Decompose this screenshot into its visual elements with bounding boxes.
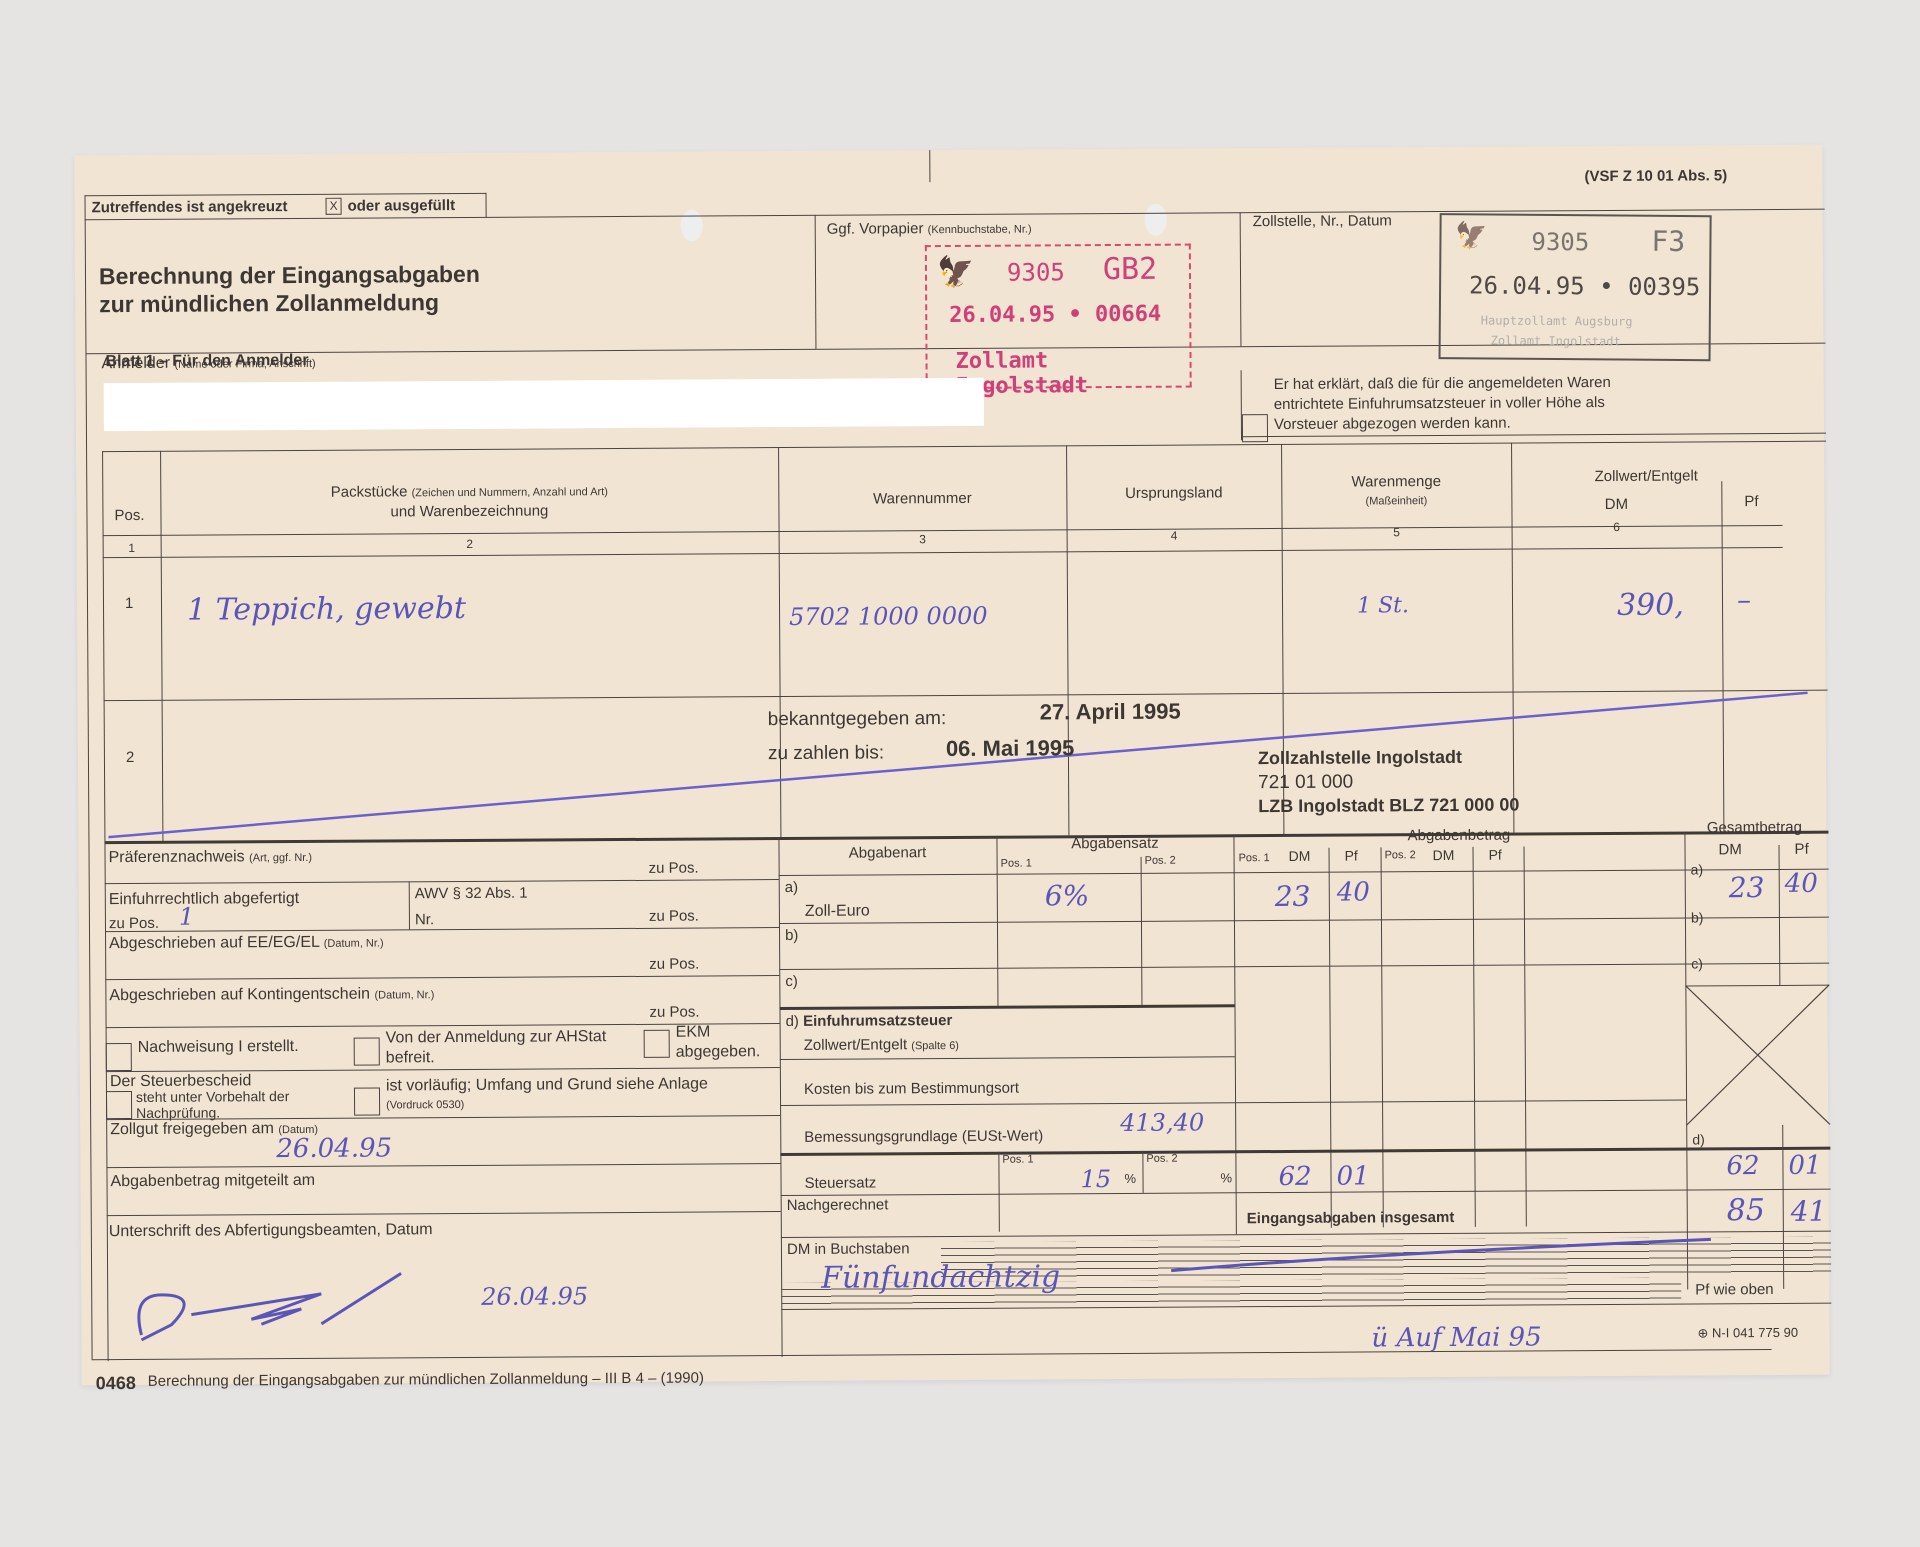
gesamt-key: b) <box>1691 909 1704 925</box>
rule <box>105 879 779 884</box>
header-ursprungsland: Ursprungsland <box>1066 484 1281 502</box>
row-dm: 390, <box>1617 588 1684 623</box>
row-description: 1 Teppich, gewebt <box>187 591 466 628</box>
strike-through-line <box>108 685 1829 846</box>
rule <box>780 1056 1235 1060</box>
stamp-code: F3 <box>1651 225 1685 258</box>
col-line <box>409 881 410 929</box>
printer-code: ⊕ N-I 041 775 90 <box>1697 1325 1798 1342</box>
rule <box>780 1147 1830 1156</box>
percent-sign: % <box>1220 1170 1232 1185</box>
col-number: 4 <box>1067 528 1282 543</box>
form-title-line2: zur mündlichen Zollanmeldung <box>99 289 439 318</box>
anmelder-label: Anmelder (Name oder Firma, Anschrift) <box>101 354 315 373</box>
printer-logo-icon: ⊕ <box>1697 1325 1708 1340</box>
announced-date: 27. April 1995 <box>1040 699 1181 726</box>
buchstaben-label: DM in Buchstaben <box>787 1240 910 1258</box>
rule <box>779 963 1829 970</box>
eust-bemessung-label: Bemessungsgrundlage (EUSt-Wert) <box>804 1127 1043 1145</box>
col-number: 2 <box>161 535 779 553</box>
duty-row-a: a) Zoll-Euro 6% 23 40 a) 23 40 <box>74 145 1822 156</box>
void-line <box>1171 1231 1771 1285</box>
bank-line3: LZB Ingolstadt BLZ 721 000 00 <box>1258 795 1519 818</box>
eust-betrag-pf: 01 <box>1336 1161 1369 1191</box>
rule <box>106 1163 780 1168</box>
ahstat-label-2: befreit. <box>386 1049 435 1067</box>
nachgerechnet-label: Nachgerechnet <box>787 1196 889 1214</box>
row-pos: 1 <box>125 595 133 612</box>
col-line <box>998 1152 999 1232</box>
table-row: 2 <box>74 145 1822 156</box>
stamp-office-name: Zollamt Ingolstadt <box>955 348 1189 399</box>
table-row: 1 1 Teppich, gewebt 5702 1000 0000 1 St.… <box>74 145 1822 156</box>
gesamt-key: a) <box>1691 861 1704 877</box>
kontingent-label: Abgeschrieben auf Kontingentschein (Datu… <box>109 985 434 1005</box>
rule <box>779 917 1829 924</box>
zu-pos-label: zu Pos. <box>649 1004 699 1021</box>
row-menge: 1 St. <box>1357 593 1409 618</box>
announced-label: bekanntgegeben am: <box>768 708 947 731</box>
ekm-label-1: EKM <box>676 1023 711 1041</box>
eust-zollwert-label: Zollwert/Entgelt (Spalte 6) <box>804 1036 959 1054</box>
zu-pos-label: zu Pos. <box>649 908 699 925</box>
insgesamt-label: Eingangsabgaben insgesamt <box>1247 1209 1455 1227</box>
col-line <box>1142 1151 1143 1193</box>
duty-key: c) <box>785 973 798 990</box>
steuersatz-label: Steuersatz <box>805 1174 877 1191</box>
awv-label: AWV § 32 Abs. 1 <box>415 885 528 903</box>
check-hint-box: Zutreffendes ist angekreuzt X oder ausge… <box>85 193 487 220</box>
gesamt-eust-dm: 62 <box>1726 1151 1759 1181</box>
nachweisung-checkbox[interactable] <box>106 1043 132 1071</box>
header-abgabenart: Abgabenart <box>778 844 996 862</box>
rule <box>1242 433 1826 438</box>
header-betrag-pos1: Pos. 1 <box>1239 852 1270 864</box>
left-border <box>85 219 93 1359</box>
col-line <box>1329 848 1332 1228</box>
vorpapier-label: Ggf. Vorpapier (Kennbuchstabe, Nr.) <box>827 220 1032 238</box>
eagle-icon: 🦅 <box>937 255 975 290</box>
gesamt-key-d: d) <box>1692 1131 1705 1147</box>
duty-rate-pos1: 6% <box>1045 879 1090 912</box>
gesamt-key: c) <box>1691 955 1703 971</box>
bank-line1: Zollzahlstelle Ingolstadt <box>1258 747 1462 769</box>
mitgeteilt-label: Abgabenbetrag mitgeteilt am <box>110 1172 315 1191</box>
header-warenmenge-hint: (Maßeinheit) <box>1281 495 1511 508</box>
goods-table-top <box>102 441 1826 453</box>
vorsteuer-text-2: entrichtete Einfuhrumsatzsteuer in volle… <box>1274 394 1605 413</box>
vorlaeufig-checkbox[interactable] <box>354 1088 380 1116</box>
col-number: 3 <box>779 531 1067 547</box>
bank-line2: 721 01 000 <box>1258 772 1353 795</box>
steuersatz-pos2-label: Pos. 2 <box>1146 1153 1177 1165</box>
duty-amount-dm: 23 <box>1275 880 1311 913</box>
einfuhr-label: Einfuhrrechtlich abgefertigt <box>109 890 299 909</box>
unterschrift-label: Unterschrift des Abfertigungsbeamten, Da… <box>109 1221 433 1241</box>
rule <box>107 1211 781 1216</box>
row-pf: – <box>1737 583 1751 616</box>
col-line <box>102 451 105 841</box>
customs-stamp-red: 🦅 9305 GB2 26.04.95 • 00664 Zollamt Ingo… <box>925 244 1192 390</box>
header-betrag-pf2: Pf <box>1489 847 1502 863</box>
pf-wie-oben-label: Pf wie oben <box>1695 1281 1773 1298</box>
duty-key: a) <box>785 879 798 896</box>
rule <box>779 1004 1234 1010</box>
vorbehalt-label-1: steht unter Vorbehalt der <box>136 1088 289 1105</box>
crossed-out-field <box>1685 985 1830 1126</box>
divider <box>1240 212 1242 346</box>
ekm-label-2: abgegeben. <box>676 1043 761 1062</box>
header-satz-pos2: Pos. 2 <box>1145 855 1176 867</box>
form-footer-title: Berechnung der Eingangsabgaben zur mündl… <box>148 1370 704 1390</box>
vorsteuer-text-3: Vorsteuer abgezogen werden kann. <box>1274 415 1511 433</box>
ee-label: Abgeschrieben auf EE/EG/EL (Datum, Nr.) <box>109 933 384 953</box>
header-gesamt-pf: Pf <box>1794 841 1808 858</box>
col-line <box>1524 847 1527 1227</box>
zu-pos-label: zu Pos. <box>649 860 699 877</box>
gesamt-dm: 23 <box>1729 871 1765 904</box>
officer-signature <box>121 1263 441 1345</box>
einfuhr-zu-pos-label: zu Pos. <box>109 915 159 932</box>
header-gesamt-dm: DM <box>1718 841 1741 858</box>
vorsteuer-checkbox[interactable] <box>1242 414 1268 442</box>
header-packstuecke: Packstücke (Zeichen und Nummern, Anzahl … <box>160 481 778 502</box>
duty-amount-pf: 40 <box>1337 877 1370 907</box>
header-zollwert: Zollwert/Entgelt <box>1511 467 1781 486</box>
eust-kosten-label: Kosten bis zum Bestimmungsort <box>804 1080 1019 1098</box>
stamp-date-number: 26.04.95 • 00664 <box>949 302 1161 328</box>
rule <box>106 1067 780 1072</box>
header-pf: Pf <box>1721 493 1781 510</box>
gesamt-pf: 40 <box>1785 869 1818 899</box>
stamp-office-no: 9305 <box>1531 228 1589 256</box>
ekm-checkbox[interactable] <box>644 1030 670 1058</box>
header-gesamtbetrag: Gesamtbetrag <box>1684 819 1824 837</box>
stamp-code: GB2 <box>1103 252 1157 287</box>
header-abgabenbetrag: Abgabenbetrag <box>1233 826 1684 846</box>
nachweisung-label: Nachweisung I erstellt. <box>138 1038 299 1057</box>
due-date: 06. Mai 1995 <box>946 735 1075 762</box>
header-warenbezeichnung: und Warenbezeichnung <box>160 501 778 522</box>
col-line <box>1233 834 1236 1234</box>
header-betrag-dm1: DM <box>1289 848 1311 864</box>
rule <box>780 1100 1686 1107</box>
check-hint-suffix: oder ausgefüllt <box>348 197 456 215</box>
header-betrag-dm2: DM <box>1433 847 1455 863</box>
col-line <box>778 837 782 1357</box>
stamp-line4: Zollamt Ingolstadt <box>1491 334 1621 349</box>
steuersatz-pos1-value: 15 <box>1080 1165 1111 1193</box>
signature-date: 26.04.95 <box>481 1282 588 1311</box>
zu-pos-label: zu Pos. <box>649 956 699 973</box>
col-line <box>1141 857 1143 1005</box>
customs-stamp-black: 🦅 9305 F3 26.04.95 • 00395 Hauptzollamt … <box>1439 213 1712 361</box>
redacted-applicant <box>104 378 984 431</box>
form-title-line1: Berechnung der Eingangsabgaben <box>99 261 480 290</box>
ahstat-label-1: Von der Anmeldung zur AHStat <box>386 1028 607 1047</box>
punch-hole <box>1145 204 1167 236</box>
divider <box>815 215 817 349</box>
fold-mark <box>929 150 930 182</box>
praeferenz-label: Präferenznachweis (Art, ggf. Nr.) <box>108 848 312 867</box>
header-warenmenge: Warenmenge <box>1281 473 1511 491</box>
percent-sign: % <box>1124 1171 1136 1186</box>
ahstat-checkbox[interactable] <box>354 1038 380 1066</box>
row-warennummer: 5702 1000 0000 <box>789 602 988 631</box>
col-line <box>1473 847 1476 1227</box>
header-satz-pos1: Pos. 1 <box>1001 858 1032 870</box>
regulation-reference: (VSF Z 10 01 Abs. 5) <box>1584 167 1727 185</box>
nr-label: Nr. <box>415 911 434 928</box>
insgesamt-pf: 41 <box>1791 1195 1827 1228</box>
customs-form-sheet: Zutreffendes ist angekreuzt X oder ausge… <box>74 145 1829 1386</box>
eust-bemessung-value: 413,40 <box>1120 1108 1204 1137</box>
stamp-date-number: 26.04.95 • 00395 <box>1469 271 1700 301</box>
col-line <box>1381 847 1384 1227</box>
check-hint-mark-icon: X <box>326 198 342 215</box>
eust-betrag-dm: 62 <box>1278 1162 1311 1192</box>
punch-hole <box>681 210 703 242</box>
buchstaben-value: Fünfundachtzig <box>821 1259 1060 1295</box>
due-label: zu zahlen bis: <box>768 742 884 765</box>
col-number: 6 <box>1512 519 1722 534</box>
stamp-line3: Hauptzollamt Augsburg <box>1481 313 1633 328</box>
eust-key: d) Einfuhrumsatzsteuer <box>786 1012 953 1030</box>
header-dm: DM <box>1511 495 1721 513</box>
einfuhr-pos-value: 1 <box>179 903 194 931</box>
rule <box>105 927 779 932</box>
duty-key: b) <box>785 927 798 944</box>
header-warennummer: Warennummer <box>778 489 1066 508</box>
annotation-handwritten: ü Auf Mai 95 <box>1371 1322 1541 1353</box>
gesamt-eust-pf: 01 <box>1788 1151 1821 1181</box>
eagle-icon: 🦅 <box>1455 221 1488 251</box>
vorbehalt-checkbox[interactable] <box>106 1091 132 1119</box>
duty-name: Zoll-Euro <box>805 903 870 921</box>
vordruck-label: (Vordruck 0530) <box>386 1099 464 1111</box>
col-number: 5 <box>1282 525 1512 540</box>
header-betrag-pos2: Pos. 2 <box>1385 849 1416 861</box>
rule <box>105 975 779 980</box>
insgesamt-dm: 85 <box>1727 1193 1765 1228</box>
col-number: 1 <box>103 541 161 555</box>
header-betrag-pf1: Pf <box>1345 848 1358 864</box>
zollstelle-label: Zollstelle, Nr., Datum <box>1253 212 1392 230</box>
vorsteuer-text-1: Er hat erklärt, daß die für die angemeld… <box>1274 374 1611 393</box>
rule <box>779 869 1829 876</box>
header-abgabensatz: Abgabensatz <box>996 834 1233 852</box>
vorlaeufig-label: ist vorläufig; Umfang und Grund siehe An… <box>386 1075 708 1095</box>
steuersatz-pos1-label: Pos. 1 <box>1002 1154 1033 1166</box>
zollgut-date: 26.04.95 <box>276 1133 392 1164</box>
form-number: 0468 <box>96 1373 136 1394</box>
check-hint-prefix: Zutreffendes ist angekreuzt <box>92 198 288 216</box>
stamp-office-no: 9305 <box>1007 258 1065 286</box>
header-pos: Pos. <box>114 507 144 524</box>
